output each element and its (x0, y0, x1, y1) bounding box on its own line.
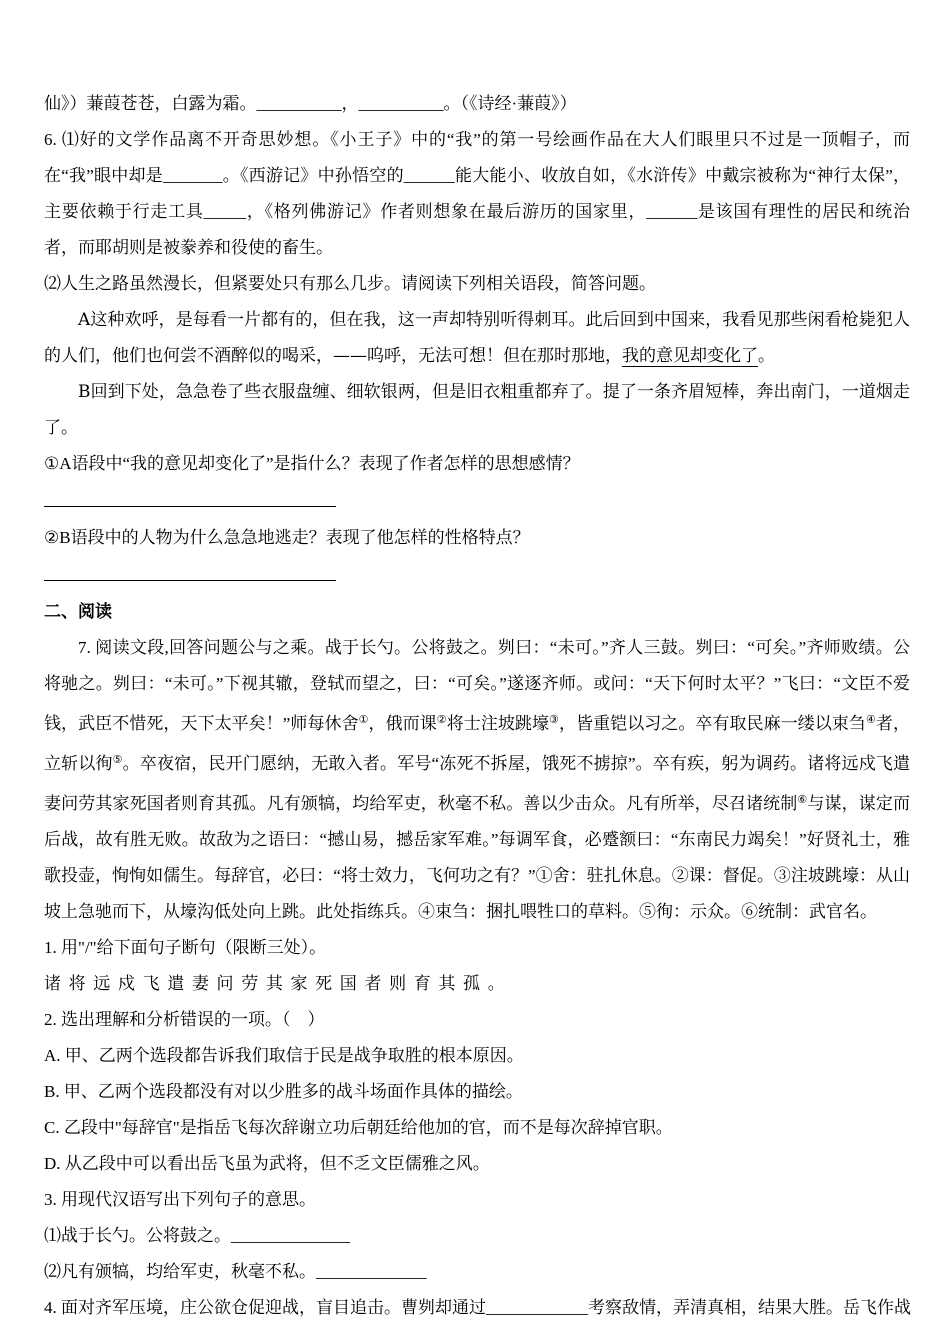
footnote-ref: ② (437, 714, 447, 726)
passage-b: B回到下处，急急卷了些衣服盘缠、细软银两，但是旧衣粗重都弃了。提了一条齐眉短棒，… (44, 374, 910, 446)
answer-line (44, 556, 336, 581)
footnote-ref: ④ (866, 714, 876, 726)
question-7-passage: 7. 阅读文段,回答问题公与之乘。战于长勺。公将鼓之。刿曰：“未可。”齐人三鼓。… (44, 630, 910, 930)
question-6-part2: ⑵人生之路虽然漫长，但紧要处只有那么几步。请阅读下列相关语段，简答问题。 (44, 266, 910, 302)
option-d: D. 从乙段中可以看出岳飞虽为武将，但不乏文臣儒雅之风。 (44, 1146, 910, 1182)
answer-blank-row-1 (44, 482, 910, 520)
footnote-ref: ⑥ (797, 794, 807, 806)
answer-blank-row-2 (44, 556, 910, 594)
footnote-ref: ③ (549, 714, 559, 726)
underlined-text: 我的意见却变化了 (622, 346, 758, 366)
question-6: 6. ⑴好的文学作品离不开奇思妙想。《小王子》中的“我”的第一号绘画作品在大人们… (44, 122, 910, 266)
question-6-sub2: ②B语段中的人物为什么急急地逃走？表现了他怎样的性格特点？ (44, 520, 910, 556)
text-run: 。 (758, 346, 775, 366)
footnote-ref: ⑤ (113, 754, 123, 766)
option-c: C. 乙段中"每辞官"是指岳飞每次辞谢立功后朝廷给他加的官，而不是每次辞掉官职。 (44, 1110, 910, 1146)
question-6-sub1: ①A语段中“我的意见却变化了”是指什么？表现了作者怎样的思想感情？ (44, 446, 910, 482)
text-run: ，俄而课 (369, 714, 437, 733)
option-a: A. 甲、乙两个选段都告诉我们取信于民是战争取胜的根本原因。 (44, 1038, 910, 1074)
text-run: 将士注坡跳壕 (447, 714, 549, 733)
text-run: 。卒夜宿，民开门愿纳，无敢入者。军号“冻死不拆屋，饿死不掳掠”。卒有疾，躬为调药… (44, 754, 910, 813)
question-7-2: 2. 选出理解和分析错误的一项。（ ） (44, 1002, 910, 1038)
section-2-heading: 二、阅读 (44, 594, 910, 630)
footnote-ref: ① (359, 714, 369, 726)
question-7-3-2: ⑵凡有颁犒，均给军吏，秋毫不私。_____________ (44, 1254, 910, 1290)
question-7-3: 3. 用现代汉语写出下列句子的意思。 (44, 1182, 910, 1218)
text-run: ，皆重铠以习之。卒有取民麻一缕以束刍 (559, 714, 866, 733)
shijing-fill-line: 仙》）蒹葭苍苍，白露为霜。__________，__________。（《诗经·… (44, 86, 910, 122)
passage-a: A这种欢呼，是每看一片都有的，但在我，这一声却特别听得刺耳。此后回到中国来，我看… (44, 302, 910, 374)
question-7-3-1: ⑴战于长勺。公将鼓之。______________ (44, 1218, 910, 1254)
answer-line (44, 482, 336, 507)
question-7-1-sentence: 诸将远戍飞遣妻问劳其家死国者则育其孤。 (44, 966, 910, 1002)
exam-page: 仙》）蒹葭苍苍，白露为霜。__________，__________。（《诗经·… (0, 0, 950, 1344)
question-7-1: 1. 用"/"给下面句子断句（限断三处）。 (44, 930, 910, 966)
question-7-4: 4. 面对齐军压境，庄公欲仓促迎战，盲目追击。曹刿却通过____________… (44, 1290, 910, 1326)
option-b: B. 甲、乙两个选段都没有对以少胜多的战斗场面作具体的描绘。 (44, 1074, 910, 1110)
text-run: 7. 阅读文段,回答问题 (78, 638, 238, 657)
text-run: A这种欢呼，是每看一片都有的，但在我，这一声却特别听得刺耳。此后回到中国来，我看… (44, 310, 910, 366)
